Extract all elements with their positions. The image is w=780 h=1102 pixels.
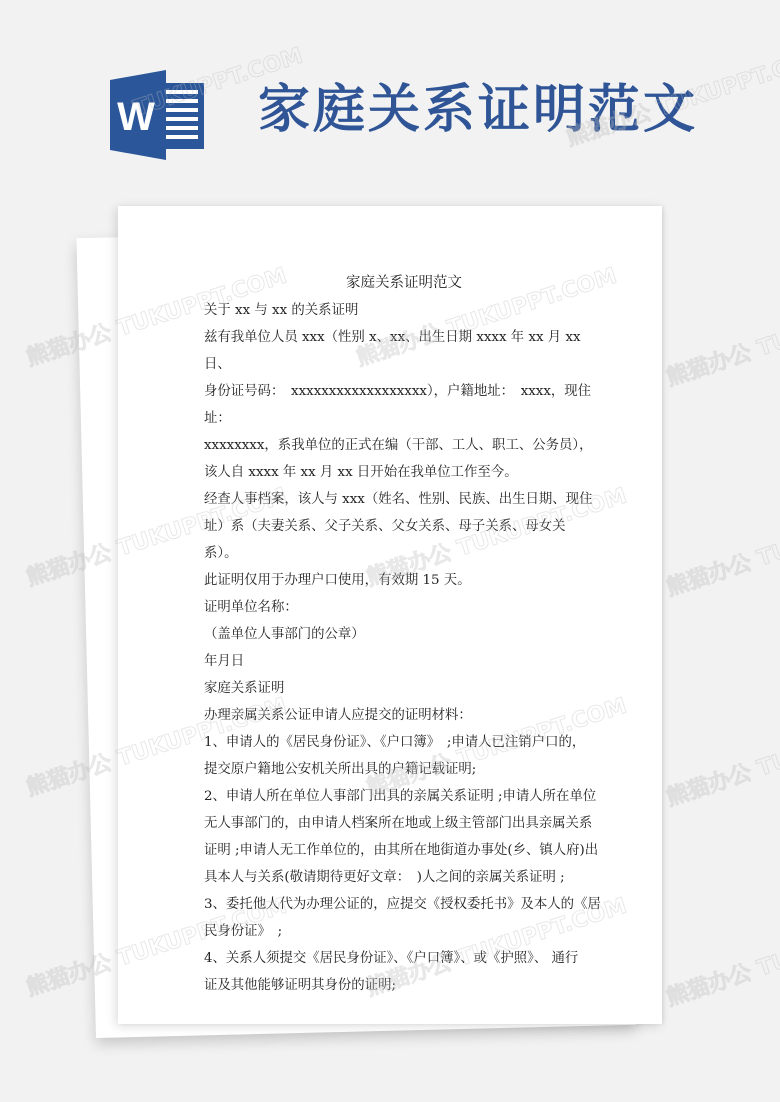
- document-page: 家庭关系证明范文 关于 xx 与 xx 的关系证明 兹有我单位人员 xxx（性别…: [118, 206, 662, 1024]
- document-body: 家庭关系证明范文 关于 xx 与 xx 的关系证明 兹有我单位人员 xxx（性别…: [204, 270, 604, 999]
- doc-line: 址）系（夫妻关系、父子关系、父女关系、母子关系、母女关: [204, 513, 604, 540]
- doc-line: 证明单位名称：: [204, 594, 604, 621]
- watermark: 熊猫办公 TUKUPPT.COM: [662, 699, 780, 813]
- watermark: 熊猫办公 TUKUPPT.COM: [662, 489, 780, 603]
- document-title: 家庭关系证明范文: [204, 270, 604, 297]
- doc-line: 家庭关系证明: [204, 675, 604, 702]
- doc-line: 此证明仅用于办理户口使用，有效期 15 天。: [204, 567, 604, 594]
- doc-line: 该人自 xxxx 年 xx 月 xx 日开始在我单位工作至今。: [204, 459, 604, 486]
- doc-line: 3、委托他人代为办理公证的，应提交《授权委托书》及本人的《居: [204, 891, 604, 918]
- doc-line: 年月日: [204, 648, 604, 675]
- page-title: 家庭关系证明范文: [258, 78, 698, 142]
- watermark: 熊猫办公 TUKUPPT.COM: [662, 279, 780, 393]
- doc-line: 无人事部门的，由申请人档案所在地或上级主管部门出具亲属关系: [204, 810, 604, 837]
- doc-line: 2、申请人所在单位人事部门出具的亲属关系证明 ;申请人所在单位: [204, 783, 604, 810]
- watermark: 熊猫办公 TUKUPPT.COM: [662, 899, 780, 1013]
- doc-line: 具本人与关系(敬请期待更好文章： )人之间的亲属关系证明 ;: [204, 864, 604, 891]
- doc-line: （盖单位人事部门的公章）: [204, 621, 604, 648]
- doc-line: 民身份证》 ;: [204, 918, 604, 945]
- header-banner: W 家庭关系证明范文: [0, 0, 780, 190]
- doc-line: 1、申请人的《居民身份证》、《户口簿》 ;申请人已注销户口的，: [204, 729, 604, 756]
- doc-line: 办理亲属关系公证申请人应提交的证明材料：: [204, 702, 604, 729]
- word-icon-letter: W: [117, 95, 155, 139]
- doc-line: xxxxxxxx，系我单位的正式在编（干部、工人、职工、公务员），: [204, 432, 604, 459]
- doc-line: 证及其他能够证明其身份的证明;: [204, 972, 604, 999]
- doc-line: 兹有我单位人员 xxx（性别 x、xx、出生日期 xxxx 年 xx 月 xx …: [204, 324, 604, 378]
- doc-line: 经查人事档案，该人与 xxx（姓名、性别、民族、出生日期、现住: [204, 486, 604, 513]
- doc-line: 4、关系人须提交《居民身份证》、《户口簿》、或《护照》、 通行: [204, 945, 604, 972]
- word-icon: W: [108, 68, 208, 162]
- doc-line: 系）。: [204, 540, 604, 567]
- doc-line: 提交原户籍地公安机关所出具的户籍记载证明;: [204, 756, 604, 783]
- doc-line: 身份证号码： xxxxxxxxxxxxxxxxxx），户籍地址： xxxx，现住…: [204, 378, 604, 432]
- doc-line: 关于 xx 与 xx 的关系证明: [204, 297, 604, 324]
- doc-line: 证明 ;申请人无工作单位的，由其所在地街道办事处(乡、镇人府)出: [204, 837, 604, 864]
